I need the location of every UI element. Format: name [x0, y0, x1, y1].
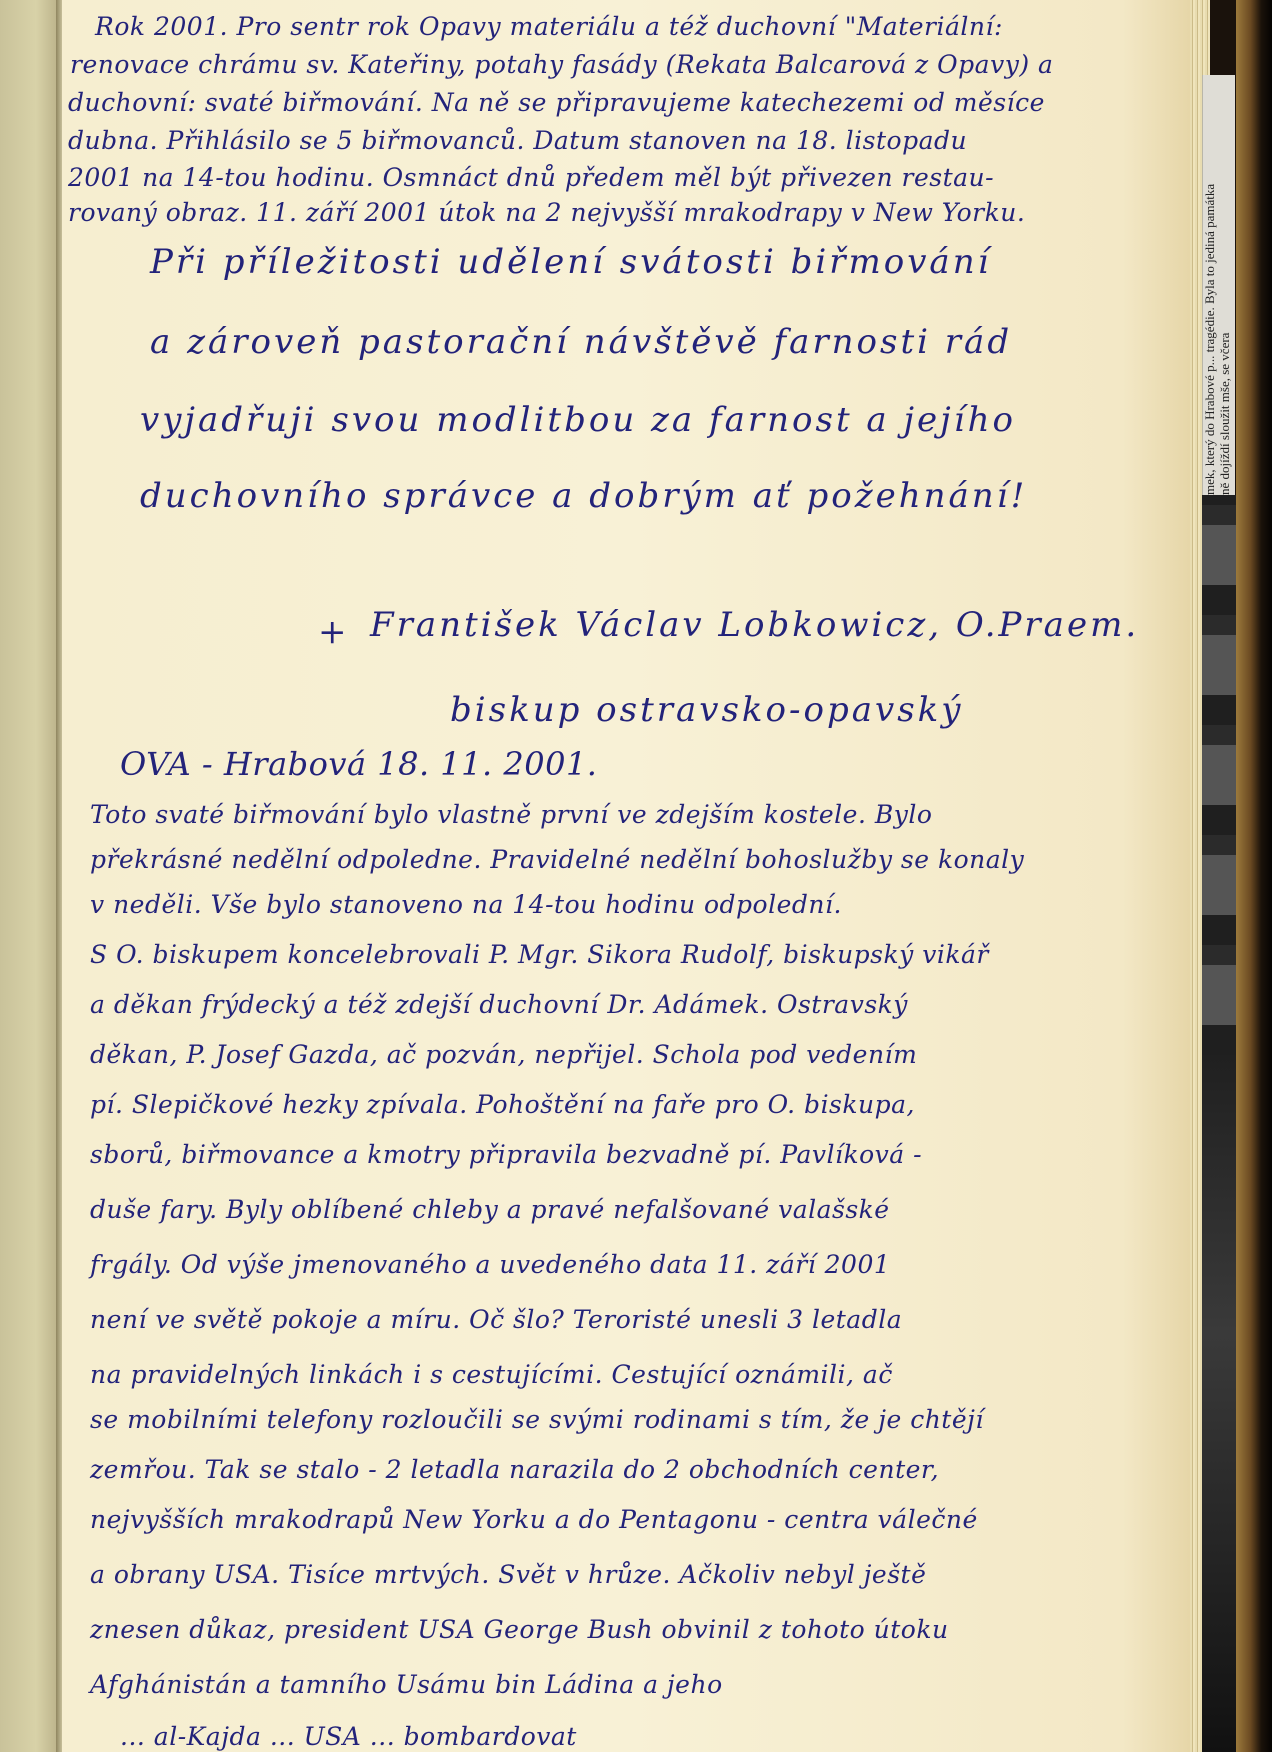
- text-line: rovaný obraz. 11. září 2001 útok na 2 ne…: [68, 198, 1025, 227]
- book-cover-edge: [1236, 0, 1272, 1752]
- text-line: zemřou. Tak se stalo - 2 letadla narazil…: [90, 1455, 939, 1484]
- bishop-signature: František Václav Lobkowicz, O.Praem.: [370, 605, 1139, 645]
- text-line: a děkan frýdecký a též zdejší duchovní D…: [90, 990, 908, 1019]
- bishop-title: biskup ostravsko-opavský: [450, 690, 963, 730]
- text-line: v neděli. Vše bylo stanoveno na 14-tou h…: [90, 890, 842, 919]
- text-line: se mobilními telefony rozloučili se svým…: [90, 1405, 984, 1434]
- entry-heading: OVA - Hrabová 18. 11. 2001.: [120, 745, 597, 783]
- text-line: Afghánistán a tamního Usámu bin Ládina a…: [90, 1670, 723, 1699]
- text-line: nejvyšších mrakodrapů New Yorku a do Pen…: [90, 1505, 978, 1534]
- text-line: na pravidelných linkách i s cestujícími.…: [90, 1360, 893, 1389]
- text-line: sborů, biřmovance a kmotry připravila be…: [90, 1140, 922, 1169]
- blessing-line: duchovního správce a dobrým ať požehnání…: [140, 476, 1027, 516]
- text-line: a obrany USA. Tisíce mrtvých. Svět v hrů…: [90, 1560, 926, 1589]
- left-facing-page: [0, 0, 60, 1752]
- text-line: Toto svaté biřmování bylo vlastně první …: [90, 800, 932, 829]
- text-line: duše fary. Byly oblíbené chleby a pravé …: [90, 1195, 890, 1224]
- text-line: frgály. Od výše jmenovaného a uvedeného …: [90, 1250, 890, 1279]
- text-line: S O. biskupem koncelebrovali P. Mgr. Sik…: [90, 940, 989, 969]
- text-line: pí. Slepičkové hezky zpívala. Pohoštění …: [90, 1090, 915, 1119]
- book-spine-strip: [1202, 495, 1236, 1055]
- blessing-line: vyjadřuji svou modlitbou za farnost a je…: [140, 400, 1016, 440]
- text-line: Rok 2001. Pro sentr rok Opavy materiálu …: [95, 12, 1003, 41]
- text-line: děkan, P. Josef Gazda, ač pozván, nepřij…: [90, 1040, 917, 1069]
- clipping-line: ně dojíždí sloužit mše, se včera: [1217, 75, 1232, 495]
- text-line: není ve světě pokoje a míru. Oč šlo? Ter…: [90, 1305, 902, 1334]
- clipping-line: mek, který do Hrabové p... tragédie. Byl…: [1202, 75, 1217, 495]
- blessing-line: a zároveň pastorační návštěvě farnosti r…: [150, 322, 1012, 362]
- blessing-line: Při příležitosti udělení svátosti biřmov…: [150, 242, 991, 282]
- text-line: 2001 na 14-tou hodinu. Osmnáct dnů přede…: [68, 163, 994, 192]
- book-spine-strip-lower: [1202, 1055, 1236, 1752]
- text-line: znesen důkaz, president USA George Bush …: [90, 1615, 949, 1644]
- text-line: duchovní: svaté biřmování. Na ně se přip…: [68, 88, 1045, 117]
- newspaper-clipping-text: mek, který do Hrabové p... tragédie. Byl…: [1202, 75, 1234, 499]
- text-line: renovace chrámu sv. Kateřiny, potahy fas…: [70, 50, 1053, 79]
- text-line: ... al-Kajda ... USA ... bombardovat: [120, 1722, 577, 1751]
- cross-symbol: +: [318, 612, 350, 652]
- text-line: překrásné nedělní odpoledne. Pravidelné …: [90, 845, 1024, 874]
- text-line: dubna. Přihlásilo se 5 biřmovanců. Datum…: [68, 126, 967, 155]
